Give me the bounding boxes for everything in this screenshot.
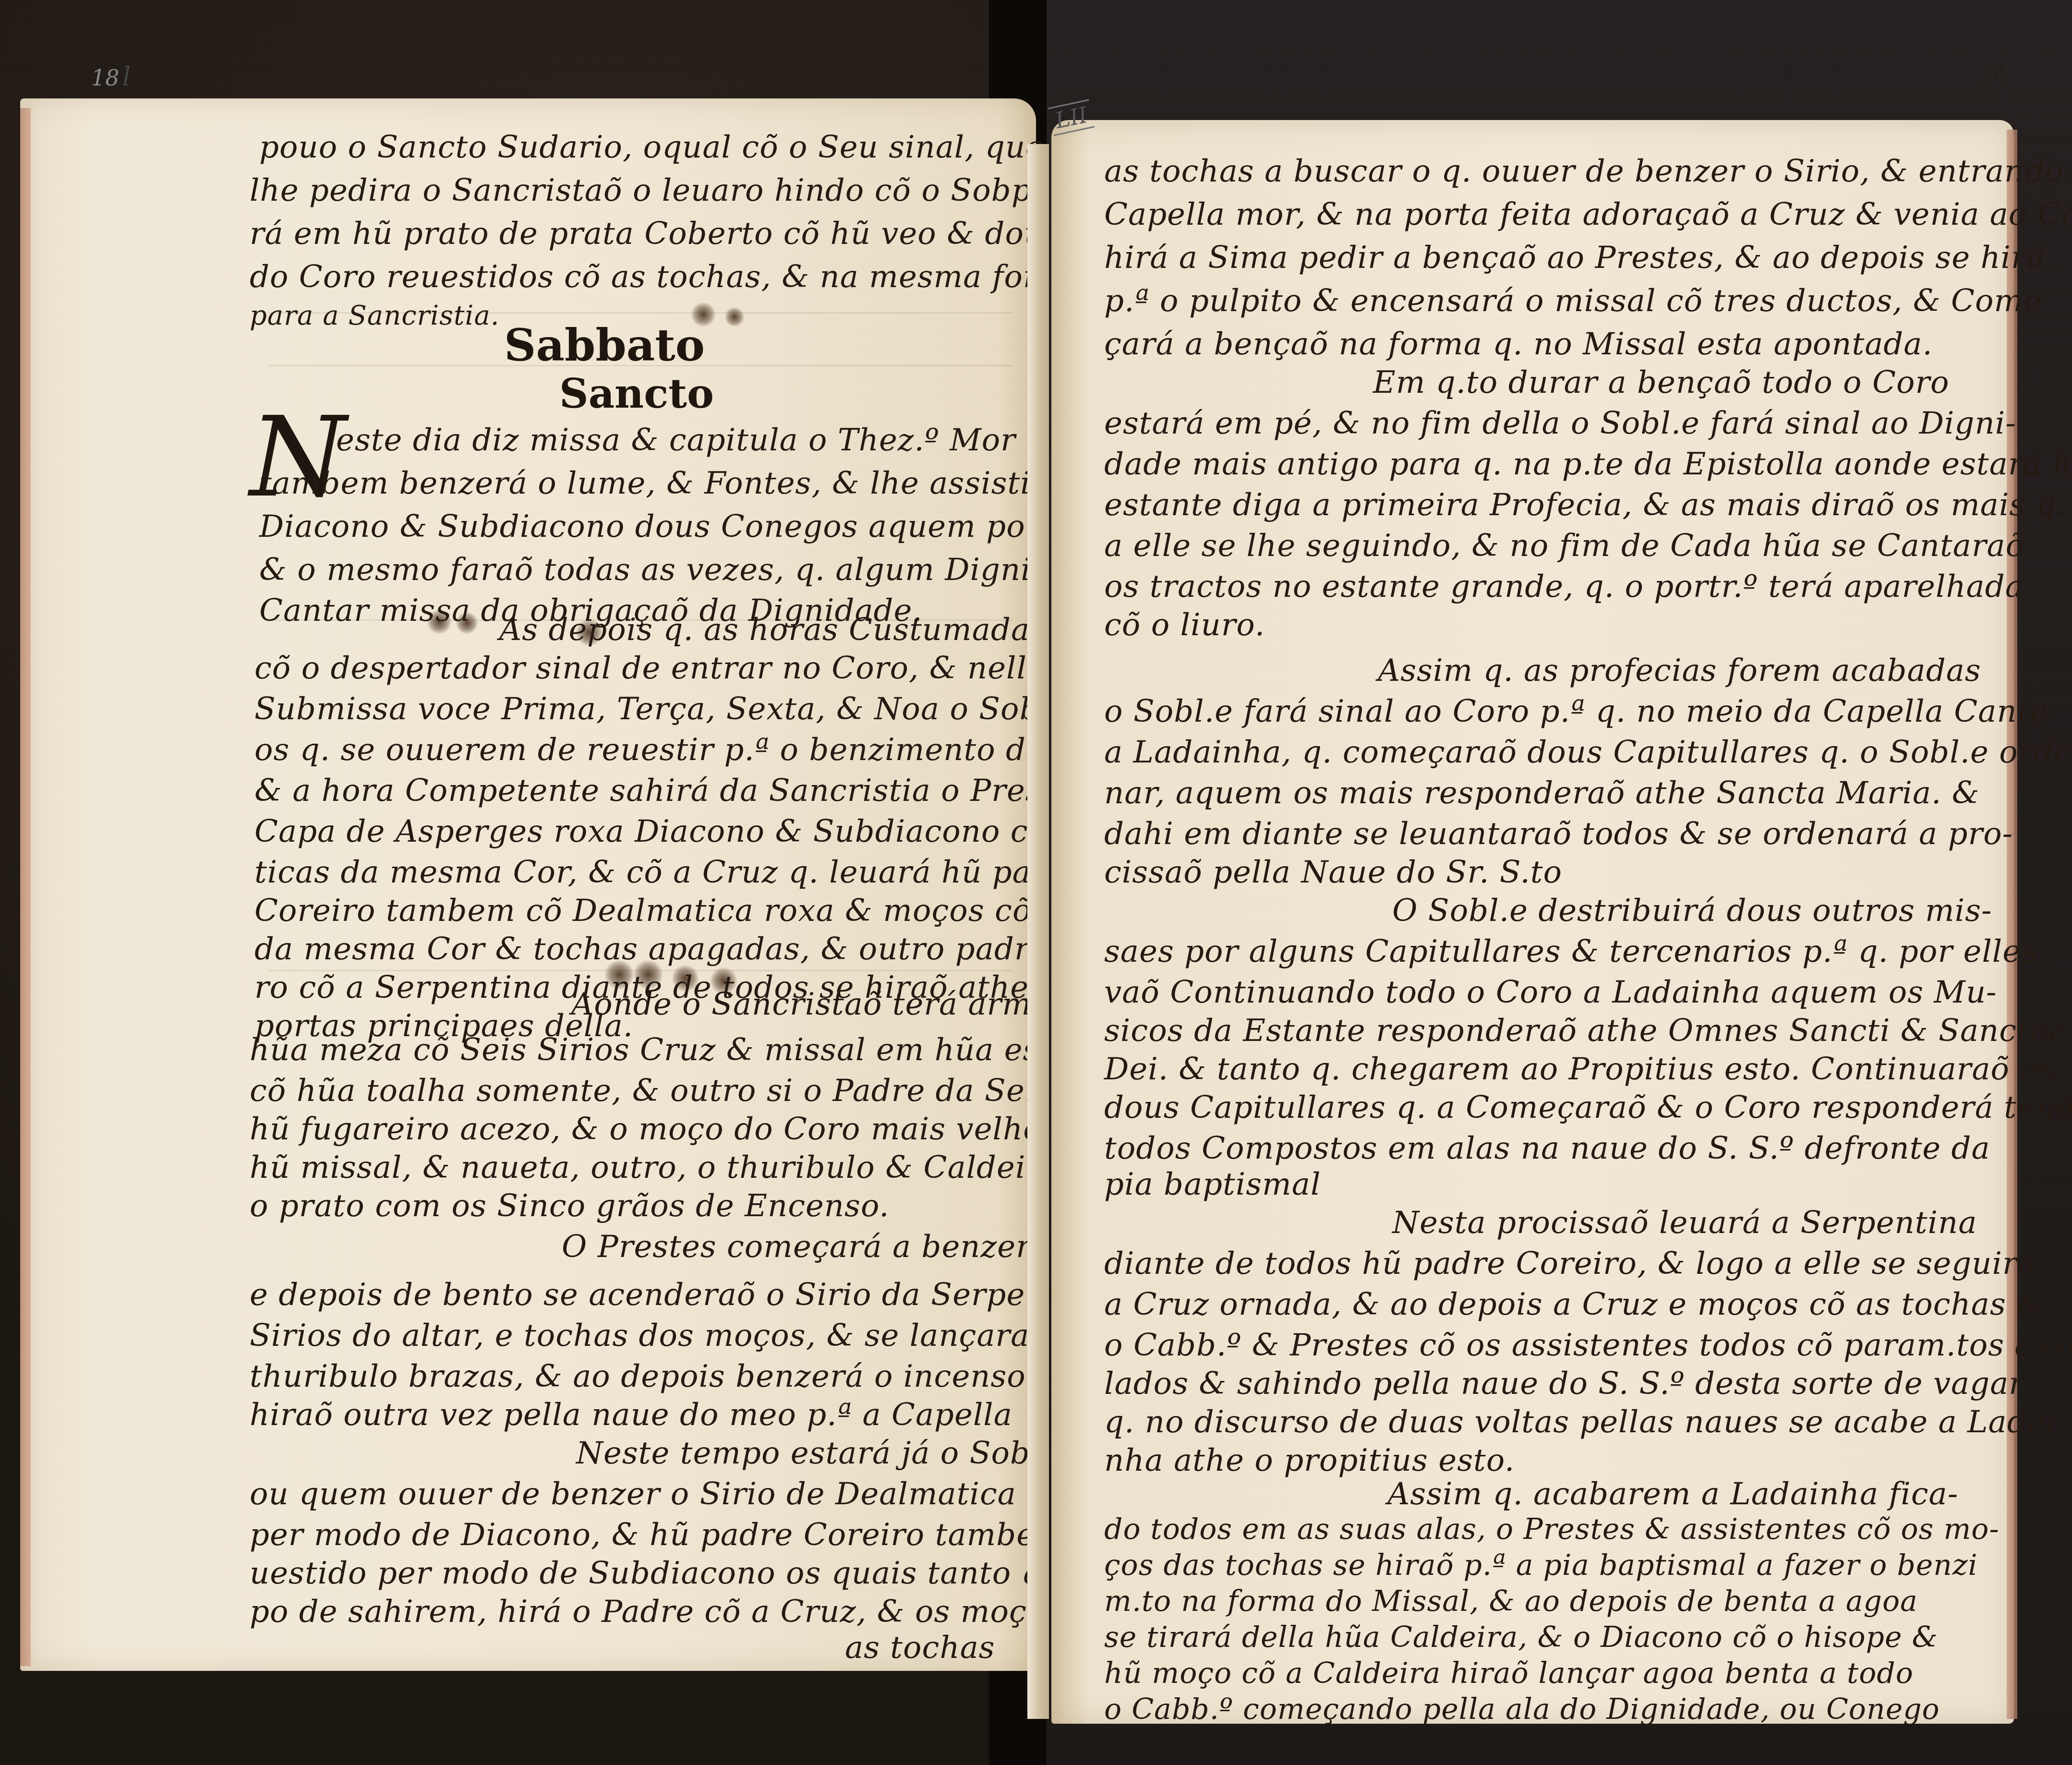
text-line: para a Sancristia. [250,300,500,331]
text-line: da mesma Cor & tochas apagadas, & outro … [254,931,1156,967]
text-line: nha athe o propitius esto. [1104,1443,1515,1478]
text-line: ou quem ouuer de benzer o Sirio de Dealm… [250,1476,1137,1512]
text-line-indented: Assim q. acabarem a Ladainha fica- [1387,1476,1958,1512]
decorative-initial: N [250,394,346,522]
text-line: hũ fugareiro acezo, & o moço do Coro mai… [250,1112,1155,1147]
text-line: ticas da mesma Cor, & cõ a Cruz q. leuar… [254,855,1085,890]
text-line: o prato com os Sinco grãos de Encenso. [250,1188,890,1224]
text-line: hirá a Sima pedir a bençaõ ao Prestes, &… [1104,240,2045,276]
text-line-indented: Nesta procissaõ leuará a Serpentina [1392,1205,1977,1241]
text-line-indented: Em q.to durar a bençaõ todo o Coro [1373,365,1950,400]
text-line: se tirará della hũa Caldeira, & o Diacon… [1104,1620,1938,1654]
text-line-indented: O Sobl.e destribuirá dous outros mis- [1392,893,1992,929]
folio-number: 54 [1982,62,2011,89]
text-line-indented: Aonde o Sancristaõ terá armada [571,987,1089,1022]
gutter [1027,144,1049,1719]
text-line: & o mesmo faraõ todas as vezes, q. algum… [259,552,1109,588]
text-line: este dia diz missa & capitula o Thez.º M… [336,423,1115,458]
text-line: a Ladainha, q. começaraõ dous Capitullar… [1104,735,2072,770]
text-line: dade mais antigo para q. na p.te da Epis… [1104,447,2072,482]
text-line: Dei. & tanto q. chegarem ao Propitius es… [1104,1052,2055,1087]
text-line: uestido per modo de Subdiacono os quais … [250,1556,1190,1591]
text-line: po de sahirem, hirá o Padre cõ a Cruz, &… [250,1594,1109,1630]
text-line: o Sobl.e fará sinal ao Coro p.ª q. no me… [1104,694,2048,729]
ink-stain [725,307,744,326]
text-line: cõ o liuro. [1104,607,1265,643]
left-ink-mark: l [122,61,131,92]
text-line: thuribulo brazas, & ao depois benzerá o … [250,1359,1144,1394]
left-pencil-folio-mark: 18 [91,65,120,91]
text-line: os q. se ouuerem de reuestir p.ª o benzi… [254,732,1134,768]
text-line: çará a bençaõ na forma q. no Missal esta… [1104,326,1933,362]
text-line: todos Compostos em alas na naue do S. S.… [1104,1131,1990,1166]
text-line: o Cabb.º & Prestes cõ os assistentes tod… [1104,1328,2072,1363]
text-line-indented: Assim q. as profecias forem acabadas [1378,653,1981,689]
text-line: sicos da Estante responderaõ athe Omnes … [1104,1013,2067,1049]
text-line: Sirios do altar, e tochas dos moços, & s… [250,1318,1098,1354]
right-page-edge [2007,130,2017,1719]
text-line: Coreiro tambem cõ Dealmatica roxa & moço… [254,893,1163,929]
left-page-edge [20,108,31,1666]
text-line: Capella mor, & na porta feita adoraçaõ a… [1104,197,2072,232]
text-line: lados & sahindo pella naue do S. S.º des… [1104,1366,2024,1402]
text-line: do todos em as suas alas, o Prestes & as… [1104,1512,2000,1546]
text-line: estante diga a primeira Profecia, & as m… [1104,487,2066,523]
section-heading-line1: Sabbato [504,319,705,371]
text-line: cissaõ pella Naue do Sr. S.to [1104,855,1562,890]
text-line: hũa meza cõ Seis Sirios Cruz & missal em… [250,1032,1122,1068]
text-line: diante de todos hũ padre Coreiro, & logo… [1104,1246,2036,1281]
text-line: cõ hũa toalha somente, & outro si o Padr… [250,1073,1134,1109]
text-line: e depois de bento se acenderaõ o Sirio d… [250,1277,1108,1313]
text-line: vaõ Continuando todo o Coro a Ladainha a… [1104,975,1997,1010]
text-line: dahi em diante se leuantaraõ todos & se … [1104,816,2013,852]
text-line: estará em pé, & no fim della o Sobl.e fa… [1104,406,2016,441]
text-line: o Cabb.º começando pella ala do Dignidad… [1104,1692,1940,1726]
text-line-indented: Neste tempo estará já o Sobl. [576,1436,1051,1471]
text-line: tambem benzerá o lume, & Fontes, & lhe a… [259,466,1132,501]
text-line: dous Capitullares q. a Começaraõ & o Cor… [1104,1090,2072,1125]
text-line: & a hora Competente sahirá da Sancristia… [254,773,1136,809]
text-line: per modo de Diacono, & hũ padre Coreiro … [250,1517,1120,1553]
text-line: ços das tochas se hiraõ p.ª a pia baptis… [1104,1548,1978,1582]
text-line: pia baptismal [1104,1167,1321,1202]
section-heading-line2: Sancto [559,370,714,417]
text-line: hiraõ outra vez pella naue do meo p.ª a … [250,1397,1012,1433]
text-line: m.to na forma do Missal, & ao depois de … [1104,1584,1918,1618]
text-line: p.ª o pulpito & encensará o missal cõ tr… [1104,283,2042,319]
text-line: os tractos no estante grande, q. o portr… [1104,569,2024,604]
text-line: saes por alguns Capitullares & tercenari… [1104,934,2037,969]
text-line: a elle se lhe seguindo, & no fim de Cada… [1104,528,2024,564]
text-line: a Cruz ornada, & ao depois a Cruz e moço… [1104,1287,2044,1322]
text-line: as tochas a buscar o q. ouuer de benzer … [1104,154,2072,189]
text-line: nar, aquem os mais responderaõ athe Sanc… [1104,775,1980,811]
text-line: hũ moço cõ a Caldeira hiraõ lançar agoa … [1104,1656,1914,1690]
catchword: as tochas [845,1630,995,1666]
text-line: q. no discurso de duas voltas pellas nau… [1104,1404,2056,1440]
